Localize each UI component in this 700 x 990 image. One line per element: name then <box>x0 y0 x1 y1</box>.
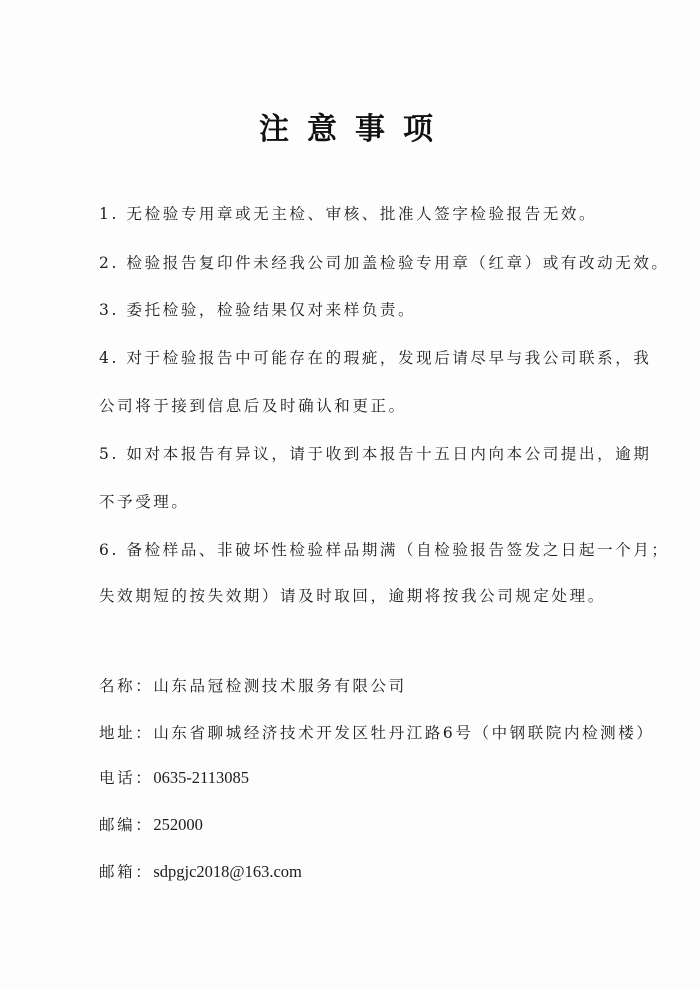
contact-phone: 电话：0635-2113085 <box>99 766 249 788</box>
notice-item-4-line-1: 4. 对于检验报告中可能存在的瑕疵，发现后请尽早与我公司联系，我 <box>99 346 651 368</box>
document-title: 注意事项 <box>0 104 700 148</box>
notice-item-3: 3. 委托检验，检验结果仅对来样负责。 <box>99 298 416 320</box>
contact-name-value: 山东品冠检测技术服务有限公司 <box>153 677 406 695</box>
notice-item-6-line-1: 6. 备检样品、非破坏性检验样品期满（自检验报告签发之日起一个月； <box>99 538 670 560</box>
contact-postcode: 邮编：252000 <box>99 813 203 835</box>
notice-item-1: 1. 无检验专用章或无主检、审核、批准人签字检验报告无效。 <box>99 202 597 224</box>
notice-item-4-line-2: 公司将于接到信息后及时确认和更正。 <box>99 394 407 416</box>
contact-address-label: 地址： <box>99 724 153 742</box>
document-page: 注意事项 1. 无检验专用章或无主检、审核、批准人签字检验报告无效。 2. 检验… <box>0 0 700 990</box>
contact-address: 地址：山东省聊城经济技术开发区牡丹江路6号（中钢联院内检测楼） <box>99 721 654 743</box>
contact-email-value: sdpgjc2018@163.com <box>153 862 302 881</box>
notice-item-5-line-2: 不予受理。 <box>99 490 190 512</box>
contact-email-label: 邮箱： <box>99 863 153 881</box>
notice-item-6-line-2: 失效期短的按失效期）请及时取回，逾期将按我公司规定处理。 <box>99 584 606 606</box>
contact-name-label: 名称： <box>99 677 153 695</box>
notice-item-5-line-1: 5. 如对本报告有异议，请于收到本报告十五日内向本公司提出，逾期 <box>99 442 651 464</box>
contact-email: 邮箱：sdpgjc2018@163.com <box>99 860 302 882</box>
contact-postcode-label: 邮编： <box>99 816 153 834</box>
contact-name: 名称：山东品冠检测技术服务有限公司 <box>99 674 407 696</box>
contact-phone-value: 0635-2113085 <box>153 768 249 787</box>
notice-item-2: 2. 检验报告复印件未经我公司加盖检验专用章（红章）或有改动无效。 <box>99 251 670 273</box>
contact-postcode-value: 252000 <box>153 815 203 834</box>
contact-phone-label: 电话： <box>99 769 153 787</box>
contact-address-value: 山东省聊城经济技术开发区牡丹江路6号（中钢联院内检测楼） <box>153 724 654 742</box>
